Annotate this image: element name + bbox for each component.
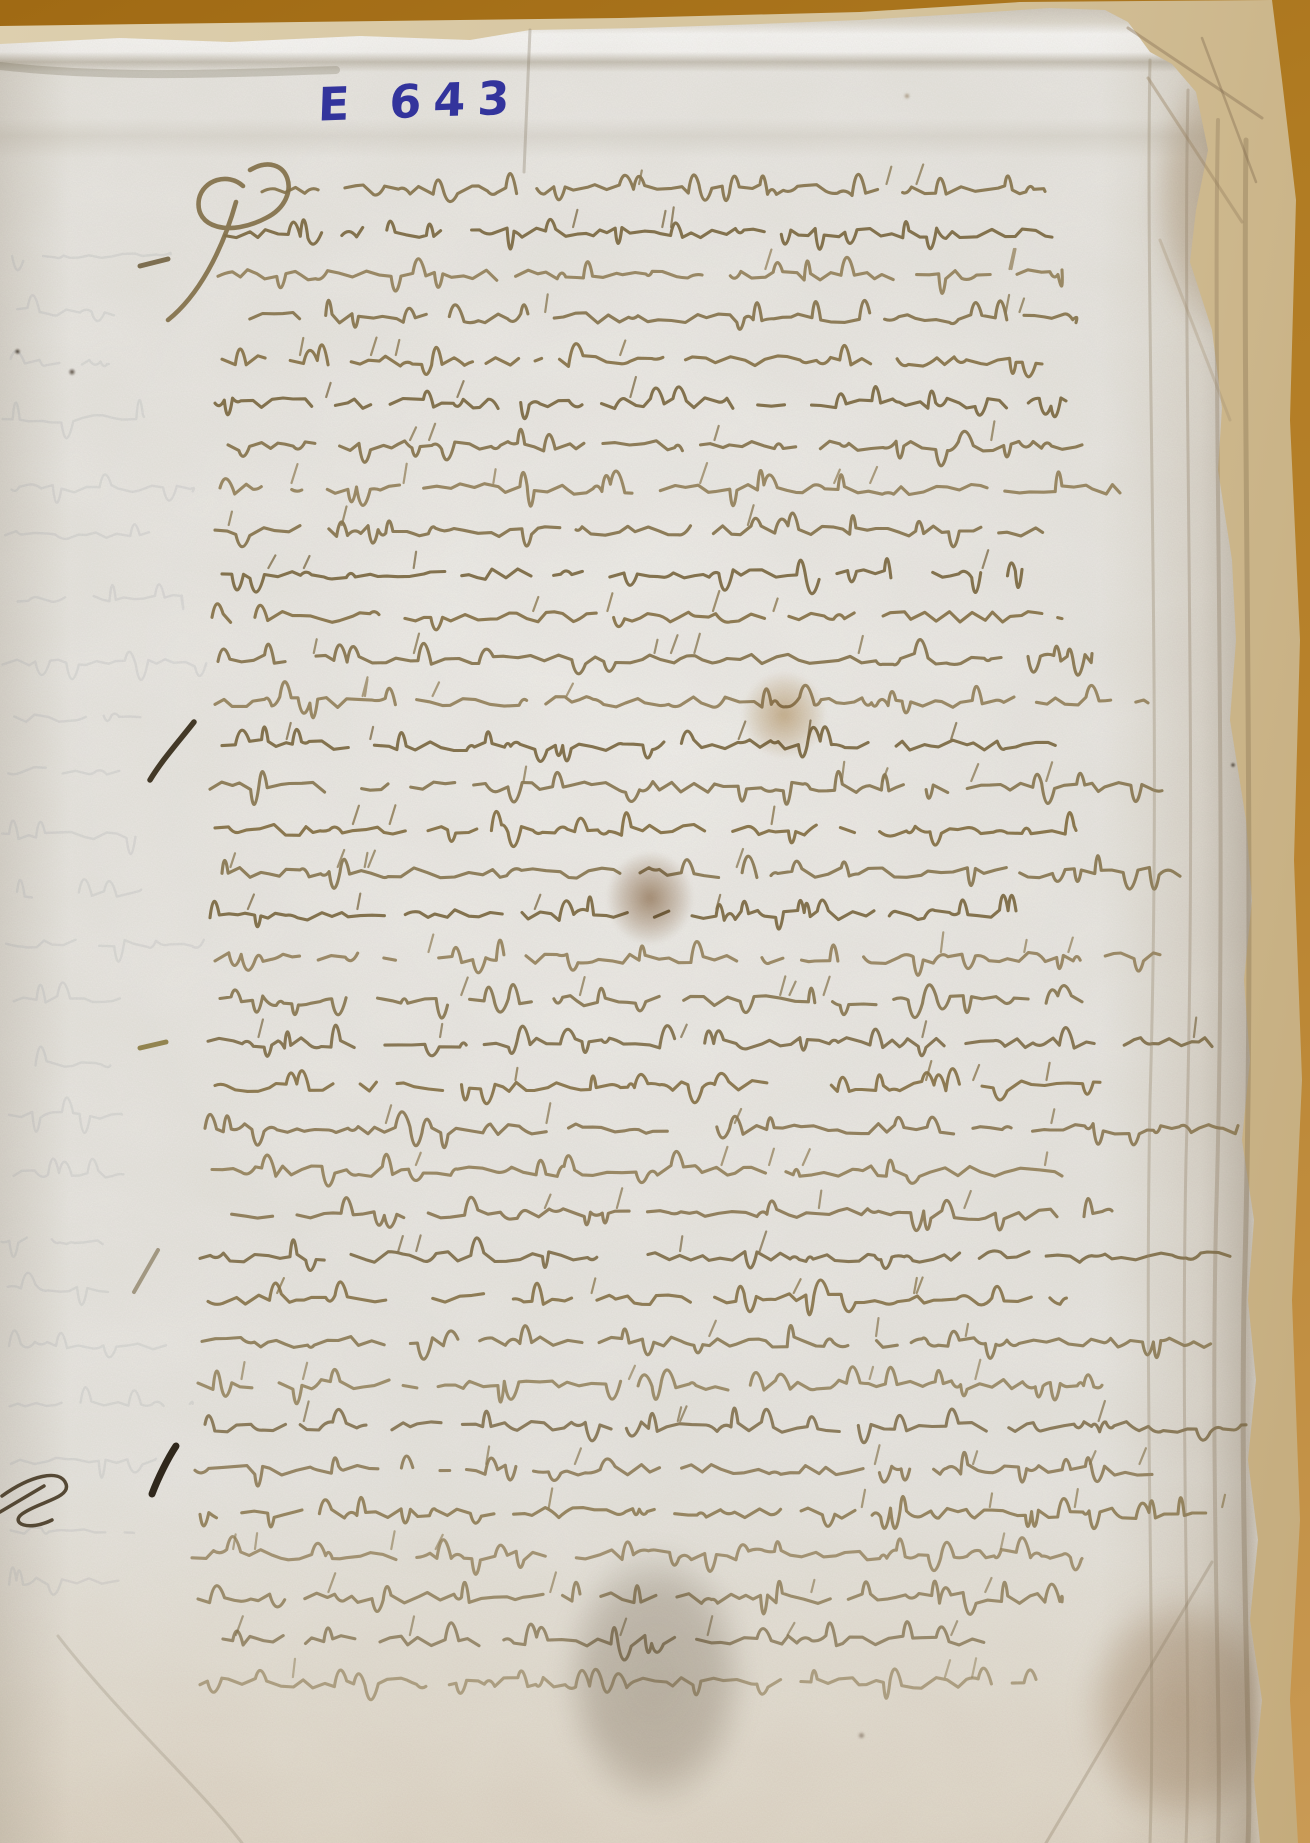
crumple-stroke (1160, 240, 1230, 420)
crease-line (1184, 90, 1190, 1843)
crumple-stroke (1148, 78, 1242, 222)
crease-line (0, 66, 336, 74)
crease-line (58, 1636, 242, 1843)
crease-line (1148, 60, 1154, 1843)
crease-line (524, 30, 530, 172)
crease-line (1243, 140, 1249, 1843)
manuscript-photo: E 643 (0, 0, 1310, 1843)
crease-lines (0, 0, 1310, 1843)
